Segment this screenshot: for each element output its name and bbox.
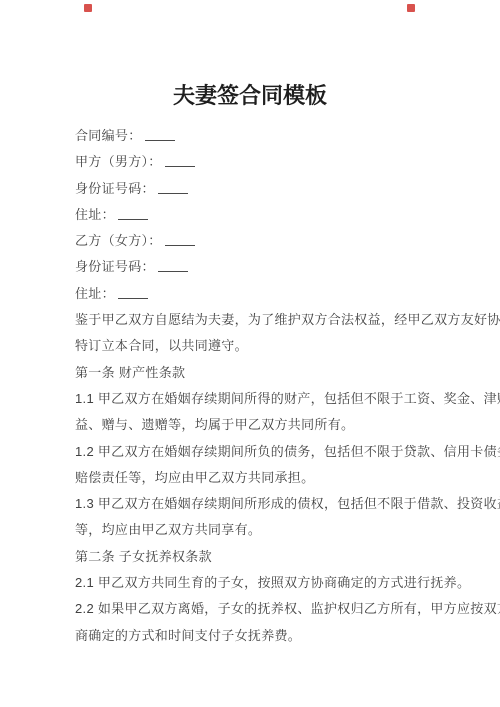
field-party-a-id: 身份证号码： (75, 176, 445, 202)
section-2-heading: 第二条 子女抚养权条款 (75, 544, 445, 570)
clause-1-1-line-2: 益、赠与、遗赠等，均属于甲乙双方共同所有。 (75, 412, 445, 438)
field-label: 身份证号码： (75, 259, 155, 274)
field-label: 住址： (75, 286, 115, 301)
clause-1-3-line-1: 1.3 甲乙双方在婚姻存续期间所形成的债权，包括但不限于借款、投资收益 (75, 491, 445, 517)
field-party-a-address: 住址： (75, 202, 445, 228)
field-party-b: 乙方（女方）： (75, 228, 445, 254)
clause-1-2-line-1: 1.2 甲乙双方在婚姻存续期间所负的债务，包括但不限于贷款、信用卡债务、 (75, 439, 445, 465)
field-party-a: 甲方（男方）： (75, 149, 445, 175)
field-contract-number: 合同编号： (75, 123, 445, 149)
blank-underline (145, 137, 175, 141)
clause-1-2-line-2: 赔偿责任等，均应由甲乙双方共同承担。 (75, 465, 445, 491)
field-party-b-id: 身份证号码： (75, 254, 445, 280)
clause-1-1-line-1: 1.1 甲乙双方在婚姻存续期间所得的财产，包括但不限于工资、奖金、津贴、收 (75, 386, 445, 412)
red-corner-mark-left (84, 4, 92, 12)
blank-underline (165, 242, 195, 246)
field-label: 住址： (75, 207, 115, 222)
field-label: 合同编号： (75, 128, 142, 143)
document-body: 合同编号： 甲方（男方）： 身份证号码： 住址： 乙方（女方）： 身份证号码： … (75, 123, 445, 649)
preamble-line-2: 特订立本合同，以共同遵守。 (75, 333, 445, 359)
clause-2-1-line-1: 2.1 甲乙双方共同生育的子女，按照双方协商确定的方式进行抚养。 (75, 570, 445, 596)
clause-2-2-line-2: 商确定的方式和时间支付子女抚养费。 (75, 623, 445, 649)
section-1-heading: 第一条 财产性条款 (75, 360, 445, 386)
field-label: 身份证号码： (75, 181, 155, 196)
field-label: 乙方（女方）： (75, 233, 162, 248)
contract-document-page: 夫妻签合同模板 合同编号： 甲方（男方）： 身份证号码： 住址： 乙方（女方）：… (0, 0, 500, 707)
blank-underline (118, 295, 148, 299)
clause-1-3-line-2: 等，均应由甲乙双方共同享有。 (75, 517, 445, 543)
blank-underline (165, 163, 195, 167)
blank-underline (118, 216, 148, 220)
blank-underline (158, 190, 188, 194)
clause-2-2-line-1: 2.2 如果甲乙双方离婚，子女的抚养权、监护权归乙方所有，甲方应按双方协 (75, 596, 445, 622)
red-corner-mark-right (407, 4, 415, 12)
preamble-line-1: 鉴于甲乙双方自愿结为夫妻，为了维护双方合法权益，经甲乙双方友好协商， (75, 307, 445, 333)
page-title: 夫妻签合同模板 (0, 83, 500, 109)
field-party-b-address: 住址： (75, 281, 445, 307)
blank-underline (158, 268, 188, 272)
field-label: 甲方（男方）： (75, 154, 162, 169)
